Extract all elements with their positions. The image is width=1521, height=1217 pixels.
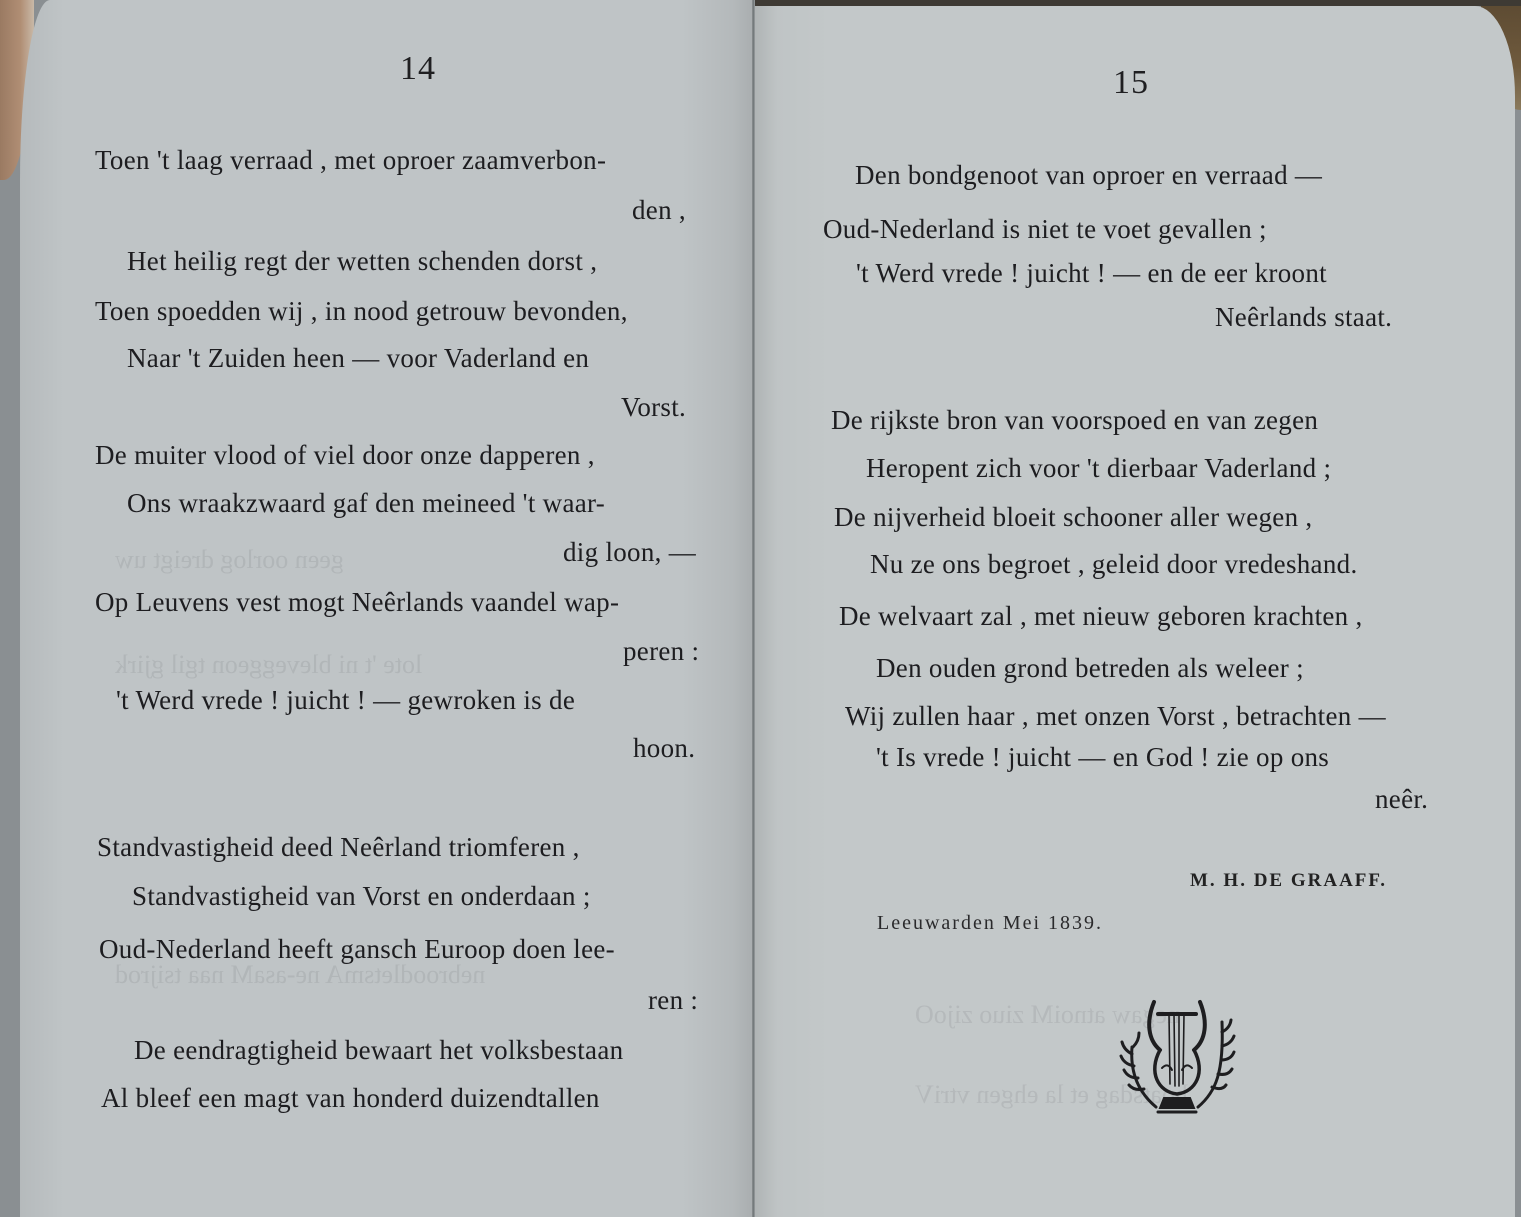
show-through-text: geen oorlog dreigt uw bbox=[115, 545, 344, 575]
poem-line: De welvaart zal , met nieuw geboren krac… bbox=[839, 601, 1363, 631]
poem-line: Ons wraakzwaard gaf den meineed 't waar- bbox=[127, 488, 605, 518]
page-number-right: 15 bbox=[1113, 64, 1149, 102]
poem-line: dig loon, — bbox=[563, 537, 696, 567]
poem-line: Nu ze ons begroet , geleid door vredesha… bbox=[870, 549, 1358, 579]
poem-line: hoon. bbox=[633, 733, 695, 763]
author-signature: M. H. DE GRAAFF. bbox=[1190, 870, 1387, 892]
poem-line: Standvastigheid deed Neêrland triomferen… bbox=[97, 832, 580, 862]
poem-line: 't Is vrede ! juicht — en God ! zie op o… bbox=[876, 742, 1329, 772]
poem-line: De rijkste bron van voorspoed en van zeg… bbox=[831, 405, 1318, 435]
poem-line: Oud-Nederland is niet te voet gevallen ; bbox=[823, 214, 1267, 244]
poem-line: Standvastigheid van Vorst en onderdaan ; bbox=[132, 881, 591, 911]
poem-line: den , bbox=[632, 195, 686, 225]
poem-line: Al bleef een magt van honderd duizendtal… bbox=[101, 1083, 600, 1113]
poem-line: Toen spoedden wij , in nood getrouw bevo… bbox=[95, 296, 628, 326]
poem-line: Neêrlands staat. bbox=[1215, 302, 1392, 332]
page-number-left: 14 bbox=[400, 50, 436, 88]
poem-line: Den ouden grond betreden als weleer ; bbox=[876, 653, 1304, 683]
poem-line: neêr. bbox=[1375, 784, 1428, 814]
poem-line: De nijverheid bloeit schooner aller wege… bbox=[834, 502, 1312, 532]
poem-line: Den bondgenoot van oproer en verraad — bbox=[855, 160, 1322, 190]
show-through-text: lote 't ni bleveggeon tgil gjirk bbox=[115, 650, 422, 680]
poem-line: Vorst. bbox=[621, 392, 686, 422]
poem-line: ren : bbox=[648, 985, 698, 1015]
poem-line: Wij zullen haar , met onzen Vorst , betr… bbox=[845, 701, 1386, 731]
poem-line: 't Werd vrede ! juicht ! — gewroken is d… bbox=[116, 685, 575, 715]
poem-line: Toen 't laag verraad , met oproer zaamve… bbox=[95, 145, 606, 175]
book-gutter bbox=[752, 0, 755, 1217]
show-through-text: nebroodletsmA ne-asaM naa tsijrod bbox=[115, 960, 485, 990]
poem-line: De muiter vlood of viel door onze dapper… bbox=[95, 440, 595, 470]
poem-line: 't Werd vrede ! juicht ! — en de eer kro… bbox=[856, 258, 1327, 288]
poem-line: Het heilig regt der wetten schenden dors… bbox=[127, 246, 597, 276]
lyre-wreath-icon bbox=[1118, 992, 1236, 1118]
poem-line: Heropent zich voor 't dierbaar Vaderland… bbox=[866, 453, 1331, 483]
poem-line: peren : bbox=[623, 636, 699, 666]
poem-line: De eendragtigheid bewaart het volksbesta… bbox=[134, 1035, 623, 1065]
place-and-date: Leeuwarden Mei 1839. bbox=[877, 912, 1103, 935]
poem-line: Op Leuvens vest mogt Neêrlands vaandel w… bbox=[95, 587, 619, 617]
poem-line: Oud-Nederland heeft gansch Euroop doen l… bbox=[99, 934, 615, 964]
open-book-spread: geen oorlog dreigt uw lote 't ni blevegg… bbox=[0, 0, 1521, 1217]
poem-line: Naar 't Zuiden heen — voor Vaderland en bbox=[127, 343, 589, 373]
